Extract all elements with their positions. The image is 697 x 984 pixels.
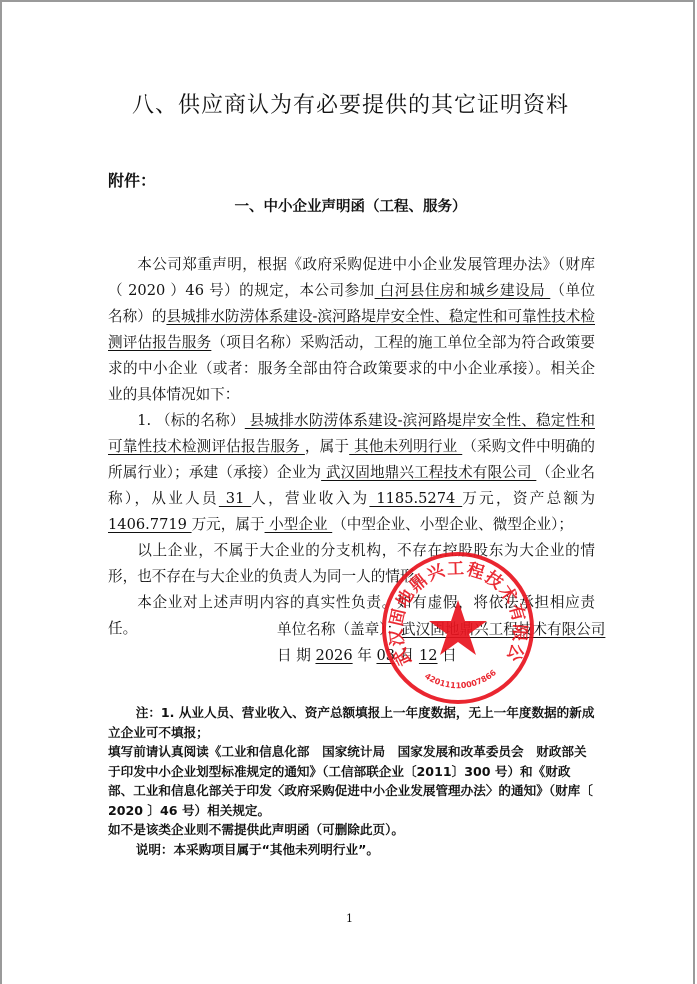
- declaration-body: 本公司郑重声明，根据《政府采购促进中小企业发展管理办法》（财库（ 2020 ）4…: [108, 252, 595, 642]
- purchaser-name: 白河县住房和城乡建设局: [375, 282, 551, 299]
- signature-date-line: 日 期 2026 年 03 月 12 日: [277, 644, 457, 665]
- signature-company: 武汉固地鼎兴工程技术有限公司: [401, 621, 605, 638]
- note-4: 说明：本采购项目属于“其他未列明行业”。: [108, 840, 595, 860]
- text: 日: [438, 647, 457, 664]
- declaration-paragraph-1: 本公司郑重声明，根据《政府采购促进中小企业发展管理办法》（财库（ 2020 ）4…: [108, 252, 595, 408]
- declaration-paragraph-2: 以上企业，不属于大企业的分支机构，不存在控股股东为大企业的情形，也不存在与大企业…: [108, 538, 595, 590]
- enterprise-item-1: 1. （标的名称） 县城排水防涝体系建设-滨河路堤岸安全性、稳定性和可靠性技术检…: [108, 408, 595, 538]
- text: 万元，属于: [192, 516, 265, 533]
- document-page: 八、供应商认为有必要提供的其它证明资料 附件： 一、中小企业声明函（工程、服务）…: [0, 0, 695, 984]
- text: 1. （标的名称）: [137, 412, 245, 429]
- page-title: 八、供应商认为有必要提供的其它证明资料: [2, 88, 697, 119]
- note-3: 如不是该类企业则不需提供此声明函（可删除此页）。: [108, 820, 595, 840]
- enterprise-size: 小型企业: [265, 516, 333, 533]
- section-subtitle: 一、中小企业声明函（工程、服务）: [2, 195, 697, 216]
- attachment-label: 附件：: [108, 168, 156, 191]
- assets-value: 1406.7719: [108, 516, 192, 533]
- date-label: 日 期: [277, 647, 315, 664]
- company-name: 武汉固地鼎兴工程技术有限公司: [321, 464, 536, 481]
- text: 人，营业收入为: [251, 490, 369, 507]
- revenue-value: 1185.5274: [369, 490, 462, 507]
- seal-code: 42011110007866: [423, 668, 498, 690]
- note-2: 填写前请认真阅读《工业和信息化部 国家统计局 国家发展和改革委员会 财政部关于印…: [108, 742, 595, 820]
- note-1: 注：1. 从业人员、营业收入、资产总额填报上一年度数据，无上一年度数据的新成立企…: [108, 703, 595, 742]
- text: （中型企业、小型企业、微型企业）；: [332, 516, 573, 533]
- date-year: 2026: [315, 647, 352, 664]
- text: 万元，资产总额为: [462, 490, 595, 507]
- signature-label: 单位名称（盖章）：: [277, 621, 401, 638]
- page-number: 1: [346, 912, 353, 925]
- date-month: 03: [376, 647, 395, 664]
- text: 月: [395, 647, 419, 664]
- industry-name: 其他未列明行业: [349, 438, 462, 455]
- notes-section: 注：1. 从业人员、营业收入、资产总额填报上一年度数据，无上一年度数据的新成立企…: [108, 703, 595, 859]
- text: 年: [353, 647, 377, 664]
- text: ，属于: [305, 438, 349, 455]
- svg-text:42011110007866: 42011110007866: [423, 668, 498, 690]
- signature-company-line: 单位名称（盖章）：武汉固地鼎兴工程技术有限公司: [277, 618, 605, 639]
- date-day: 12: [419, 647, 438, 664]
- employee-count: 31: [219, 490, 251, 507]
